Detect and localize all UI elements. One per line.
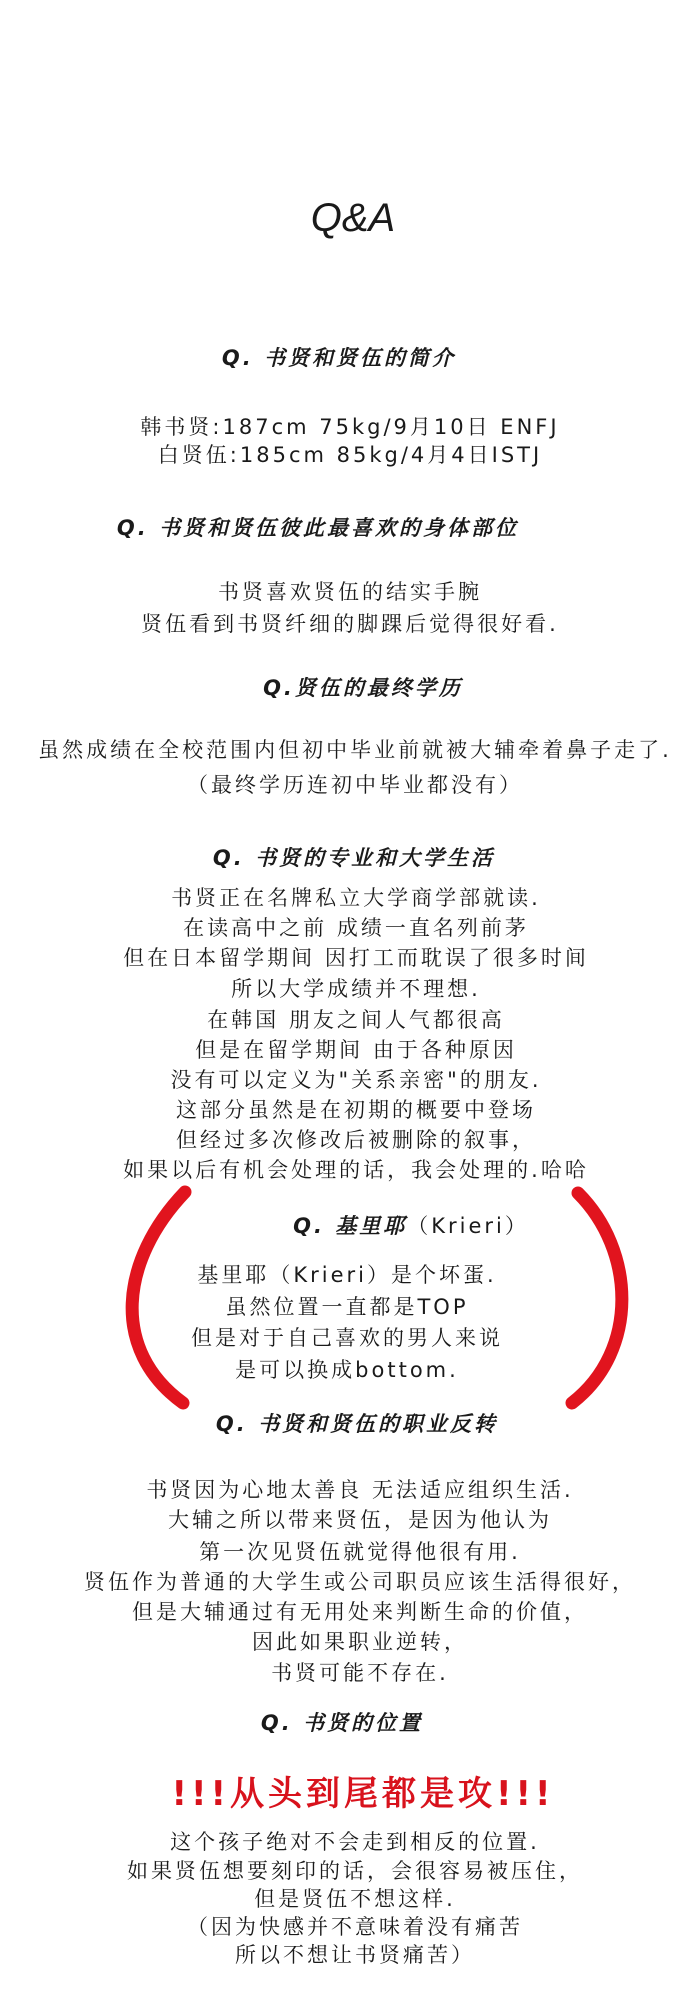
question-heading: Q. 书贤和贤伍的简介 xyxy=(0,343,684,373)
answer-line: 虽然成绩在全校范围内但初中毕业前就被大辅牵着鼻子走了. xyxy=(10,735,690,765)
answer-line: 但在日本留学期间 因打工而耽误了很多时间 xyxy=(11,943,690,973)
answer-line: 第一次见贤伍就觉得他很有用. xyxy=(15,1537,690,1567)
question-heading: Q. 书贤的位置 xyxy=(0,1708,687,1738)
question-latin: （Krieri） xyxy=(407,1214,529,1238)
answer-line: 但经过多次修改后被删除的叙事， xyxy=(11,1125,690,1155)
answer-line: 白贤伍:185cm 85kg/4月4日ISTJ xyxy=(5,440,690,470)
answer-line: 大辅之所以带来贤伍，是因为他认为 xyxy=(15,1505,690,1535)
answer-line: 没有可以定义为"关系亲密"的朋友. xyxy=(11,1065,690,1095)
answer-line: 书贤因为心地太善良 无法适应组织生活. xyxy=(15,1475,690,1505)
answer-line: 贤伍看到书贤纤细的脚踝后觉得很好看. xyxy=(5,609,690,639)
question-heading: Q. 书贤和贤伍彼此最喜欢的身体部位 xyxy=(0,513,663,543)
answer-line: 基里耶（Krieri）是个坏蛋. xyxy=(2,1260,690,1290)
answer-line: 在读高中之前 成绩一直名列前茅 xyxy=(11,913,690,943)
answer-line: 如果贤伍想要刻印的话，会很容易被压住， xyxy=(10,1856,690,1886)
answer-line: 但是对于自己喜欢的男人来说 xyxy=(2,1323,690,1353)
answer-line: 韩书贤:187cm 75kg/9月10日 ENFJ xyxy=(5,412,690,442)
answer-line: 贤伍作为普通的大学生或公司职员应该生活得很好， xyxy=(15,1567,690,1597)
answer-line: 书贤喜欢贤伍的结实手腕 xyxy=(5,577,690,607)
answer-line: 所以大学成绩并不理想. xyxy=(11,974,690,1004)
answer-line: 书贤可能不存在. xyxy=(15,1658,690,1688)
answer-line: 如果以后有机会处理的话，我会处理的.哈哈 xyxy=(11,1155,690,1185)
answer-line: 这个孩子绝对不会走到相反的位置. xyxy=(10,1827,690,1857)
question-heading: Q. 书贤的专业和大学生活 xyxy=(9,843,690,873)
question-heading: Q. 书贤和贤伍的职业反转 xyxy=(12,1409,690,1439)
answer-line: 这部分虽然是在初期的概要中登场 xyxy=(11,1095,690,1125)
answer-line: 是可以换成bottom. xyxy=(2,1355,690,1385)
answer-line: （因为快感并不意味着没有痛苦 xyxy=(10,1912,690,1942)
answer-line: 但是贤伍不想这样. xyxy=(10,1884,690,1914)
answer-line: 但是在留学期间 由于各种原因 xyxy=(11,1035,690,1065)
answer-line: 书贤正在名牌私立大学商学部就读. xyxy=(11,883,690,913)
page-title: Q&A xyxy=(8,193,690,243)
question-heading: Q.贤伍的最终学历 xyxy=(18,673,690,703)
answer-line: 虽然位置一直都是TOP xyxy=(2,1292,690,1322)
question-heading: Q. 基里耶（Krieri） xyxy=(66,1211,690,1241)
question-text: Q. 基里耶 xyxy=(293,1214,407,1238)
answer-line: 所以不想让书贤痛苦） xyxy=(10,1940,690,1970)
answer-line: 因此如果职业逆转， xyxy=(15,1627,690,1657)
emphasis-banner: !!!从头到尾都是攻!!! xyxy=(18,1772,690,1816)
answer-line: 但是大辅通过有无用处来判断生命的价值， xyxy=(15,1597,690,1627)
answer-line: （最终学历连初中毕业都没有） xyxy=(10,770,690,800)
answer-line: 在韩国 朋友之间人气都很高 xyxy=(11,1005,690,1035)
